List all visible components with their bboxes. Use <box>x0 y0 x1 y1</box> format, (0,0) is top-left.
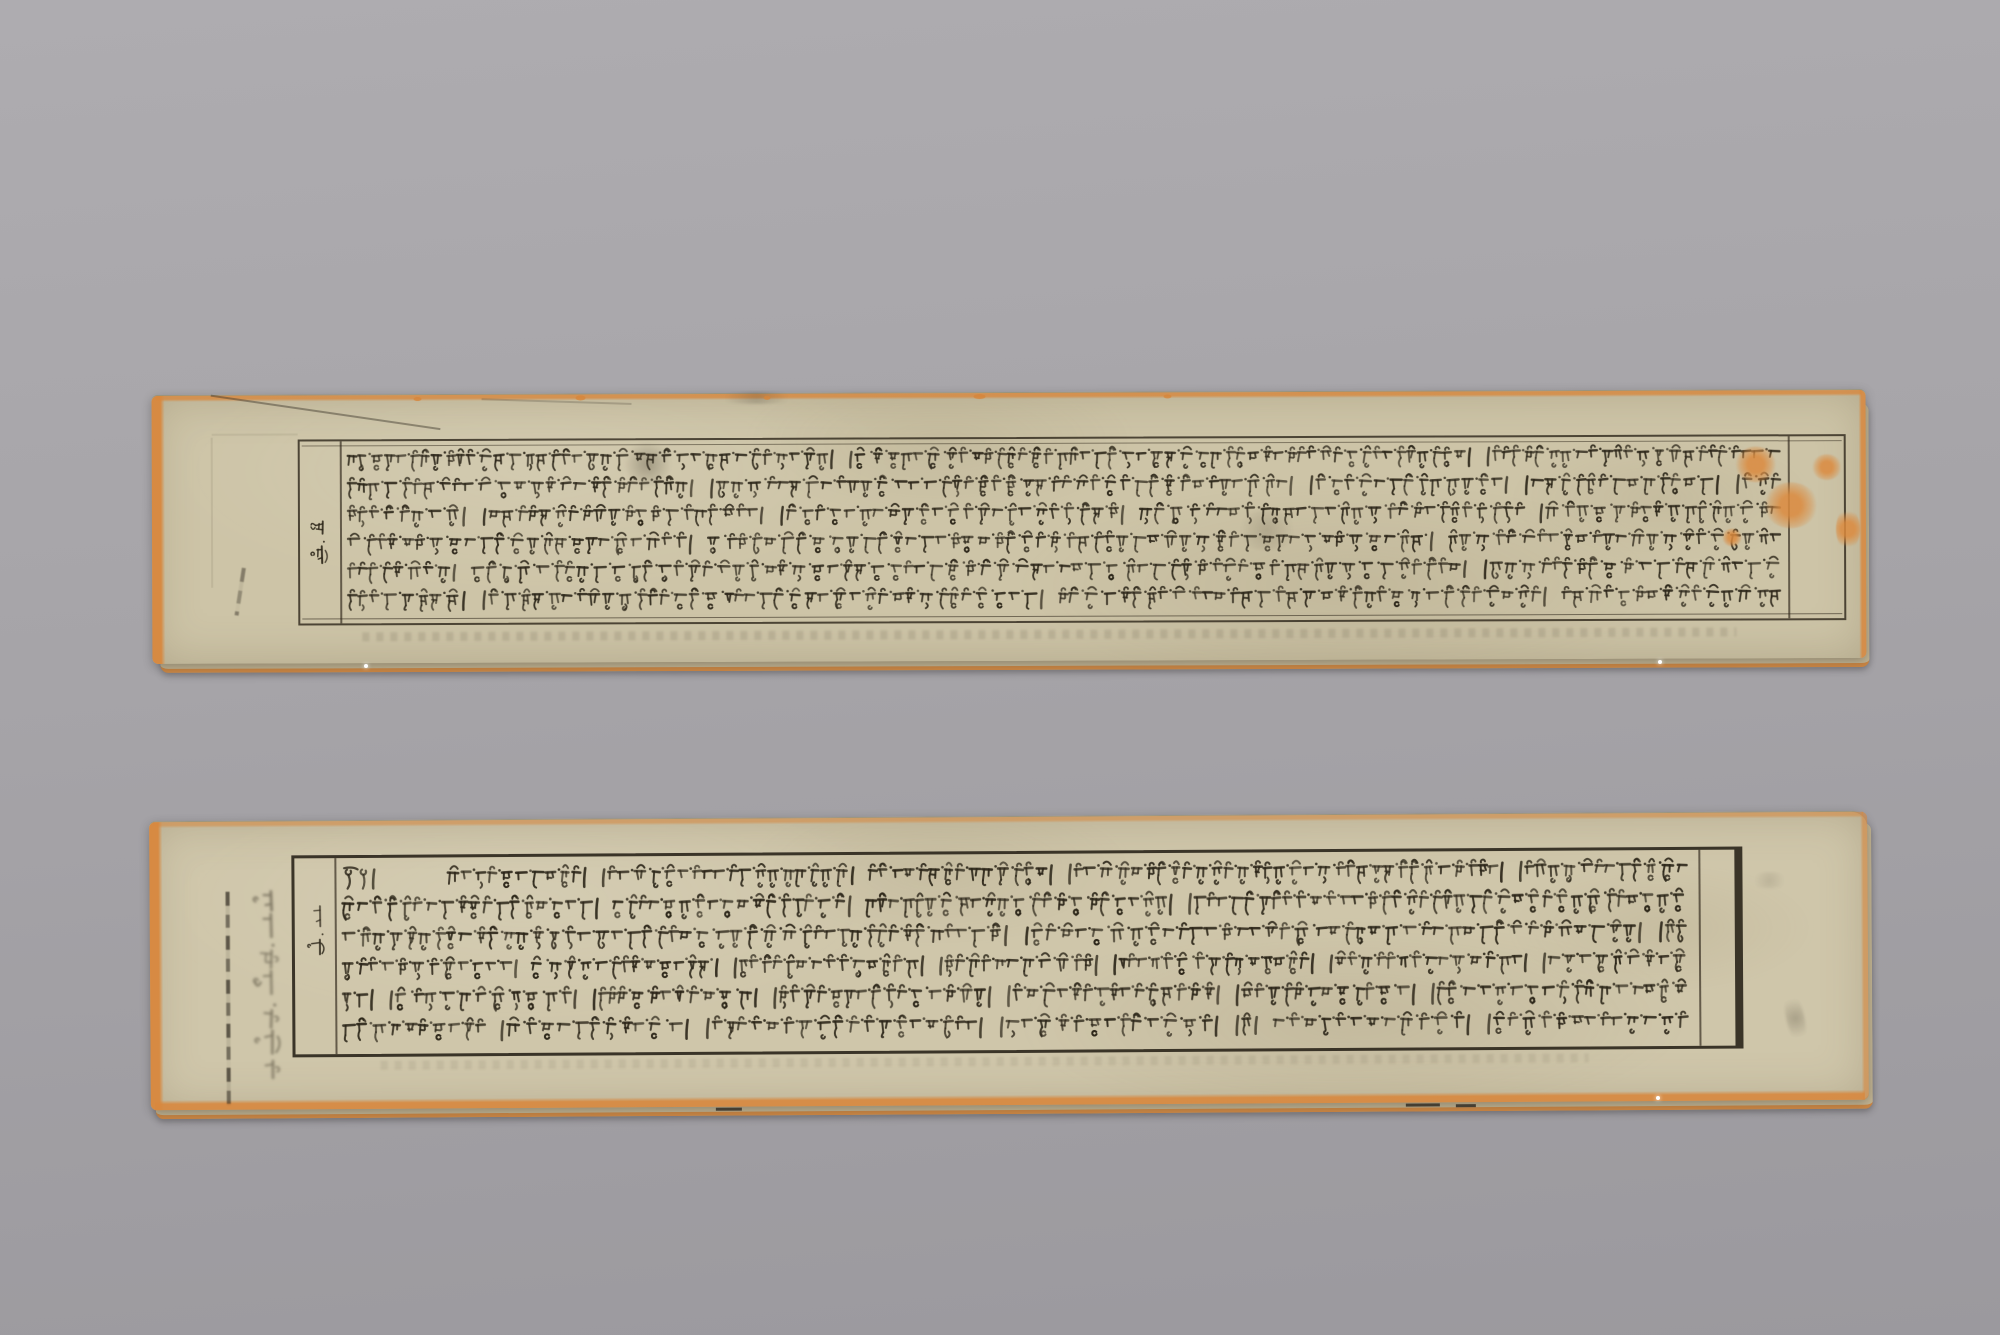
photo-backdrop: ཐུ་རྗེ ༑ཚུ་རྣམས་འཛིན་བཟོད་ཅིང་པ་ཟུང་འདིས… <box>0 0 2000 1335</box>
orange-stain <box>1836 508 1860 550</box>
painted-edge-top <box>153 812 1863 828</box>
painted-edge-left <box>149 822 164 1110</box>
ink-scribble <box>235 568 246 616</box>
orange-fleck <box>576 395 586 400</box>
under-edge-mark <box>1456 1104 1476 1107</box>
upper-folio-sheet: ཐུ་རྗེ ༑ཚུ་རྣམས་འཛིན་བཟོད་ཅིང་པ་ཟུང་འདིས… <box>152 389 1867 664</box>
ink-smudge <box>1781 991 1810 1046</box>
orange-stain <box>1812 454 1842 480</box>
under-edge-mark <box>1406 1103 1440 1106</box>
upper-text-frame: ཐུ་རྗེ ༑ཚུ་རྣམས་འཛིན་བཟོད་ཅིང་པ་ཟུང་འདིས… <box>298 434 1847 625</box>
orange-fleck <box>974 394 986 399</box>
left-margin-line <box>340 441 342 623</box>
ink-smudge <box>712 392 802 404</box>
margin-label: ཉ་ཚེ <box>305 902 327 964</box>
orange-stain <box>1735 446 1777 482</box>
margin-smudge-line <box>226 892 231 1106</box>
orange-stain <box>1764 482 1818 528</box>
glint-dot <box>1658 660 1662 664</box>
right-margin-line <box>1699 850 1702 1046</box>
upper-folio: ཐུ་རྗེ ༑ཚུ་རྣམས་འཛིན་བཟོད་ཅིང་པ་ཟུང་འདིས… <box>152 389 1867 673</box>
orange-stain <box>1722 528 1742 546</box>
ghost-print <box>362 627 1736 641</box>
painted-edge-top <box>156 390 1862 402</box>
lower-folio: ཡལ་བཅུ་གཅིག ཉ་ཚེ ༄༅། ཞེས་སུད་རྒྱལ་པར་ཕྱེ… <box>149 811 1869 1119</box>
ink-smudge <box>1234 510 1300 550</box>
offset-transfer-text: ཡལ་བཅུ་གཅིག <box>250 887 284 1085</box>
margin-mark: ཐུ་རྗེ <box>308 517 330 575</box>
glint-dot <box>1656 1096 1660 1100</box>
tibetan-text-line: འདུག་པ་མ་ཐོང་ངོ། །དེ་མ་ཐོང་ནས་གཞོན་ནུ་འད… <box>344 582 1786 615</box>
ink-smudge <box>622 442 674 486</box>
orange-fleck <box>764 396 771 400</box>
orange-fleck <box>1164 394 1172 398</box>
ghost-frame-line <box>212 433 298 435</box>
orange-fleck <box>414 397 422 401</box>
ink-smudge <box>1749 872 1789 888</box>
left-margin-line <box>334 858 337 1054</box>
lower-text-frame: ཉ་ཚེ ༄༅། ཞེས་སུད་རྒྱལ་པར་ཕྱེད། །གལ་ཏེ་ཚ་… <box>291 847 1743 1058</box>
under-edge-mark <box>716 1108 742 1111</box>
ghost-print <box>381 1053 1589 1069</box>
painted-edge-left <box>152 396 166 664</box>
glint-dot <box>364 664 368 668</box>
lower-folio-sheet: ཡལ་བཅུ་གཅིག ཉ་ཚེ ༄༅། ཞེས་སུད་རྒྱལ་པར་ཕྱེ… <box>149 811 1869 1110</box>
ghost-frame-line <box>211 438 213 588</box>
